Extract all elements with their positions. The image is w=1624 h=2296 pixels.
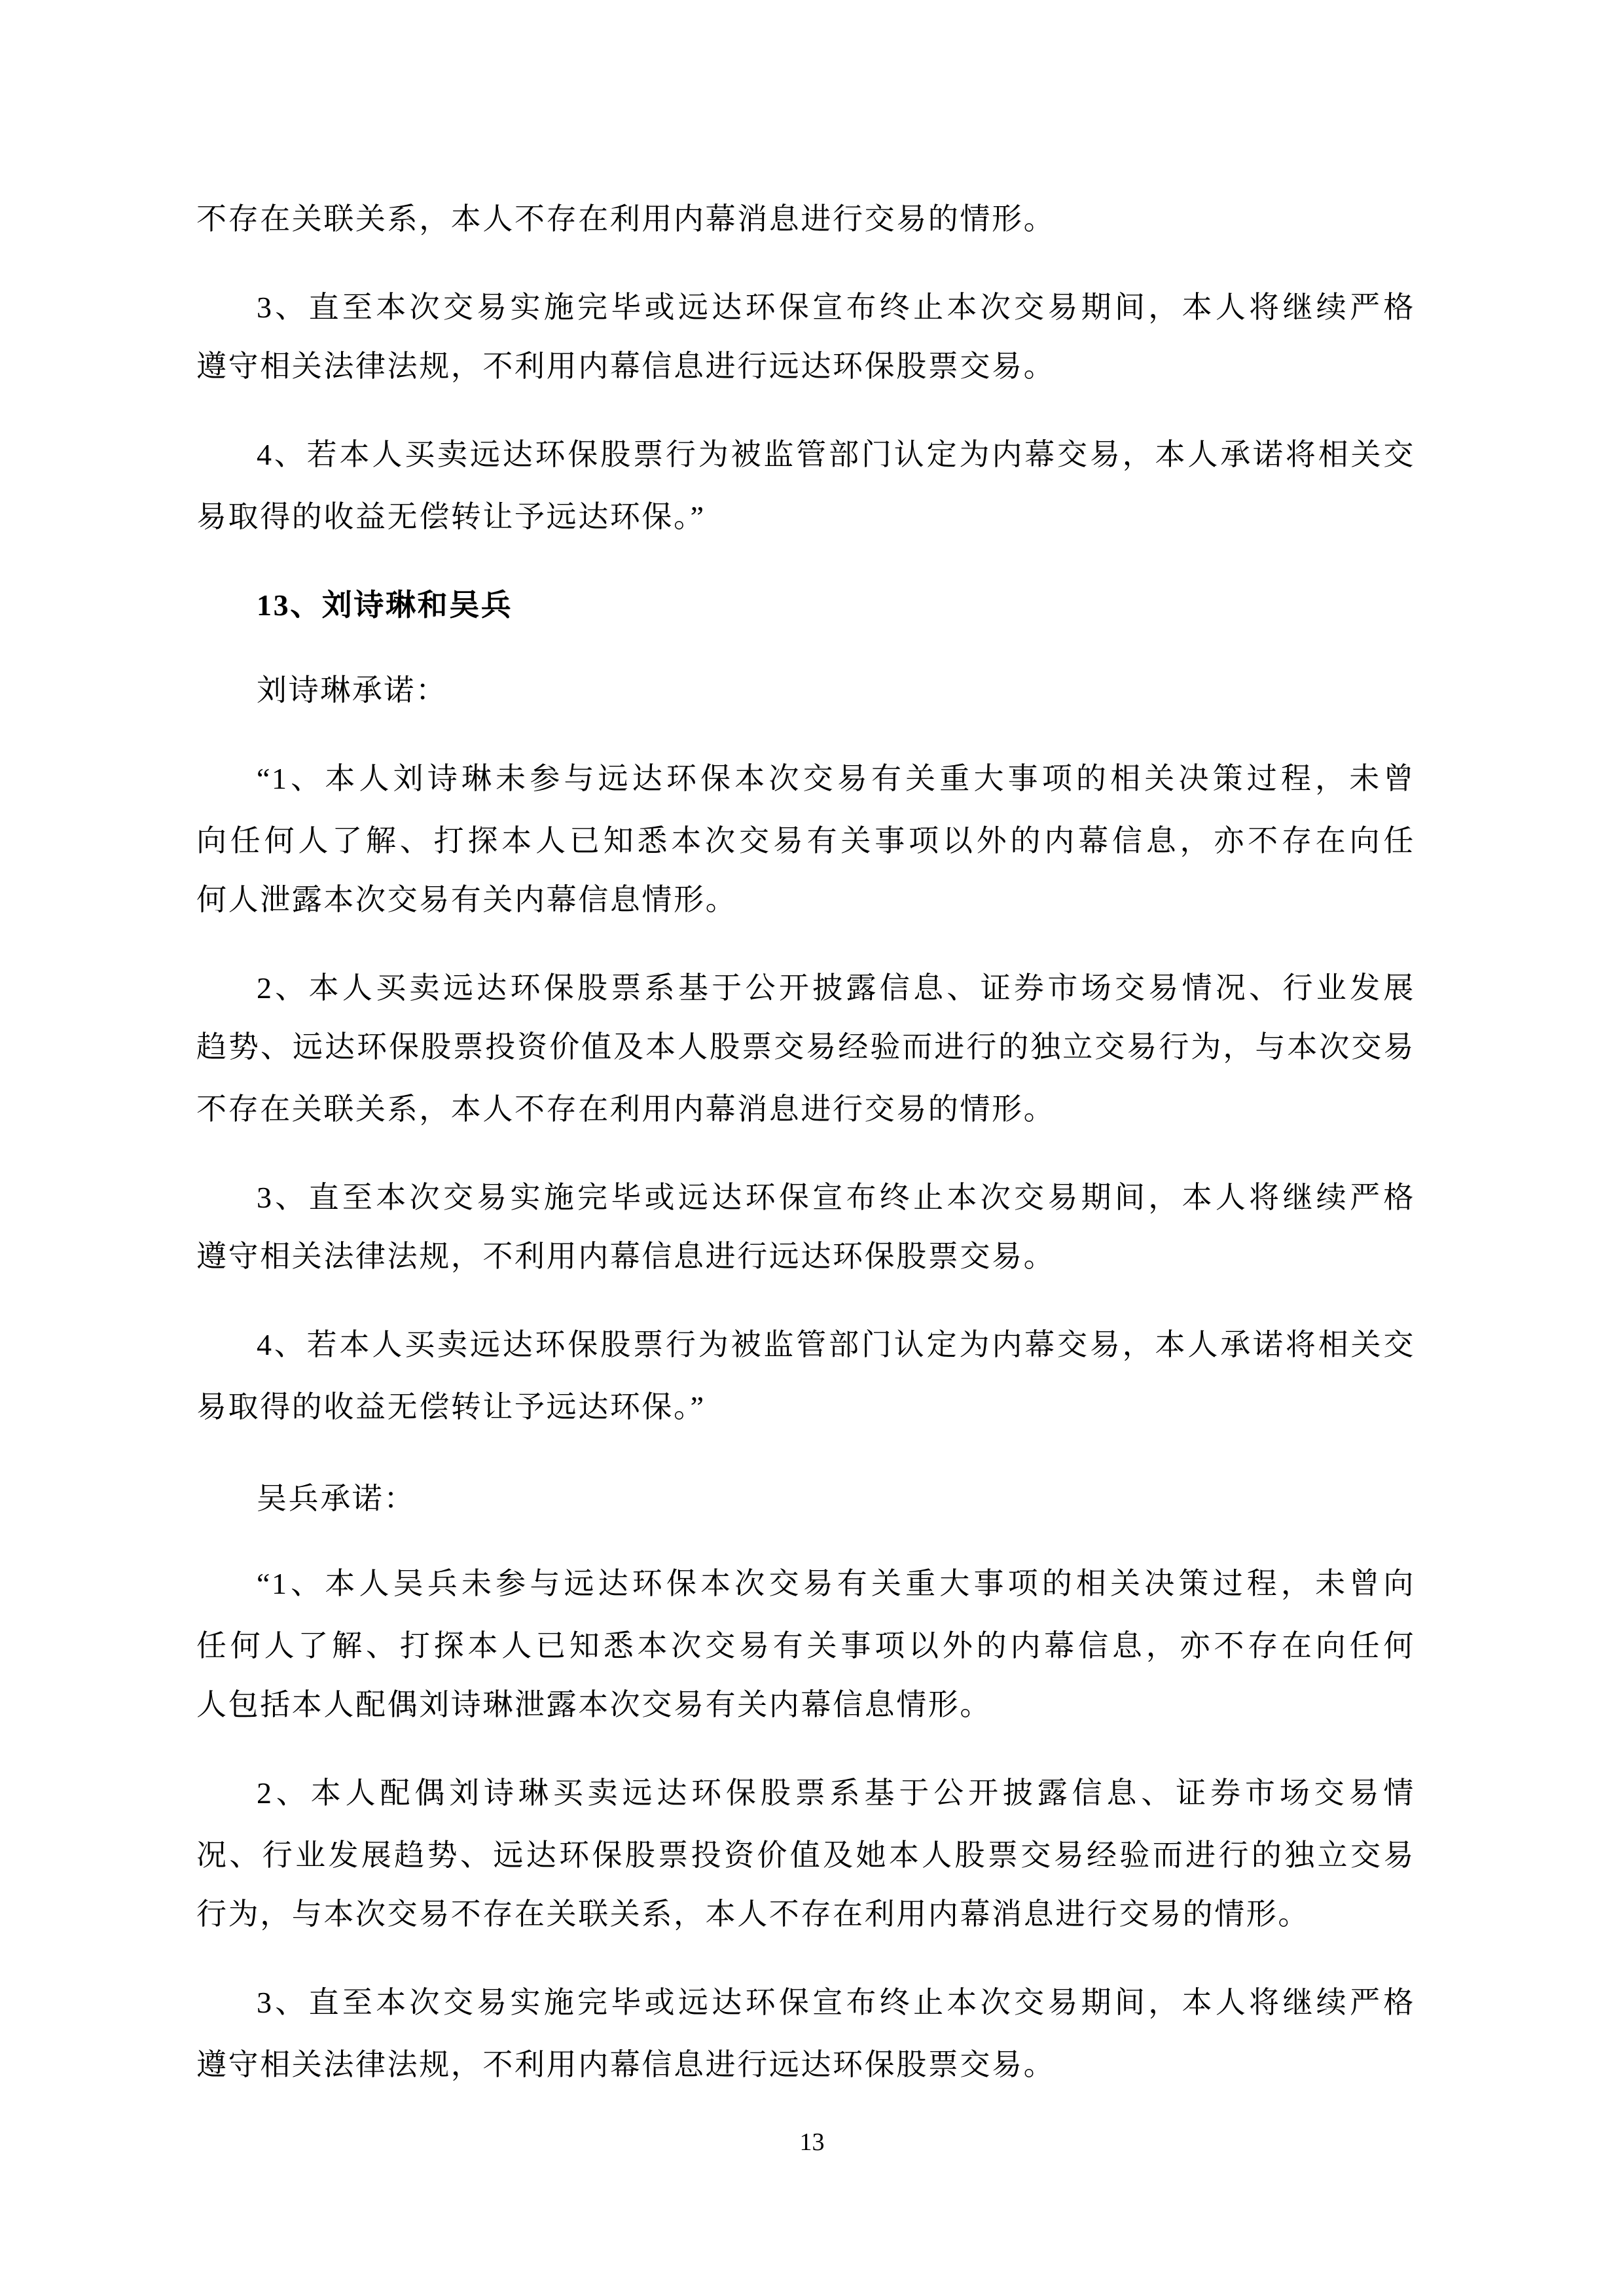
- wu-commitment-intro: 吴兵承诺：: [196, 1479, 1415, 1518]
- section-heading: 13、刘诗琳和吴兵: [196, 586, 1415, 625]
- wu-item2-line1: 2、本人配偶刘诗琳买卖远达环保股票系基于公开披露信息、证券市场交易情: [196, 1774, 1415, 1813]
- wu-item1-line3: 人包括本人配偶刘诗琳泄露本次交易有关内幕信息情形。: [196, 1685, 1415, 1725]
- paragraph-item3-line2: 遵守相关法律法规，不利用内幕信息进行远达环保股票交易。: [196, 347, 1415, 386]
- paragraph-item4-line1: 4、若本人买卖远达环保股票行为被监管部门认定为内幕交易，本人承诺将相关交: [196, 435, 1415, 475]
- paragraph-item3-line1: 3、直至本次交易实施完毕或远达环保宣布终止本次交易期间，本人将继续严格: [196, 288, 1415, 327]
- liu-item3-line2: 遵守相关法律法规，不利用内幕信息进行远达环保股票交易。: [196, 1237, 1415, 1276]
- wu-item2-line2: 况、行业发展趋势、远达环保股票投资价值及她本人股票交易经验而进行的独立交易: [196, 1836, 1415, 1875]
- wu-item1-line2: 任何人了解、打探本人已知悉本次交易有关事项以外的内幕信息，亦不存在向任何: [196, 1626, 1415, 1666]
- wu-item1-line1: “1、本人吴兵未参与远达环保本次交易有关重大事项的相关决策过程，未曾向: [196, 1564, 1415, 1604]
- liu-item1-line2: 向任何人了解、打探本人已知悉本次交易有关事项以外的内幕信息，亦不存在向任: [196, 821, 1415, 861]
- liu-item1-line3: 何人泄露本次交易有关内幕信息情形。: [196, 880, 1415, 920]
- paragraph-continuation-line: 不存在关联关系，本人不存在利用内幕消息进行交易的情形。: [196, 200, 1415, 239]
- liu-item2-line3: 不存在关联关系，本人不存在利用内幕消息进行交易的情形。: [196, 1090, 1415, 1129]
- liu-item2-line2: 趋势、远达环保股票投资价值及本人股票交易经验而进行的独立交易行为，与本次交易: [196, 1028, 1415, 1067]
- liu-item4-line1: 4、若本人买卖远达环保股票行为被监管部门认定为内幕交易，本人承诺将相关交: [196, 1325, 1415, 1365]
- liu-commitment-intro: 刘诗琳承诺：: [196, 671, 1415, 710]
- wu-item3-line1: 3、直至本次交易实施完毕或远达环保宣布终止本次交易期间，本人将继续严格: [196, 1983, 1415, 2022]
- page-number: 13: [0, 2126, 1624, 2159]
- wu-item3-line2: 遵守相关法律法规，不利用内幕信息进行远达环保股票交易。: [196, 2045, 1415, 2085]
- liu-item3-line1: 3、直至本次交易实施完毕或远达环保宣布终止本次交易期间，本人将继续严格: [196, 1178, 1415, 1217]
- paragraph-item4-line2: 易取得的收益无偿转让予远达环保。”: [196, 497, 1415, 537]
- liu-item2-line1: 2、本人买卖远达环保股票系基于公开披露信息、证券市场交易情况、行业发展: [196, 969, 1415, 1008]
- liu-item4-line2: 易取得的收益无偿转让予远达环保。”: [196, 1388, 1415, 1427]
- wu-item2-line3: 行为，与本次交易不存在关联关系，本人不存在利用内幕消息进行交易的情形。: [196, 1895, 1415, 1934]
- liu-item1-line1: “1、本人刘诗琳未参与远达环保本次交易有关重大事项的相关决策过程，未曾: [196, 759, 1415, 798]
